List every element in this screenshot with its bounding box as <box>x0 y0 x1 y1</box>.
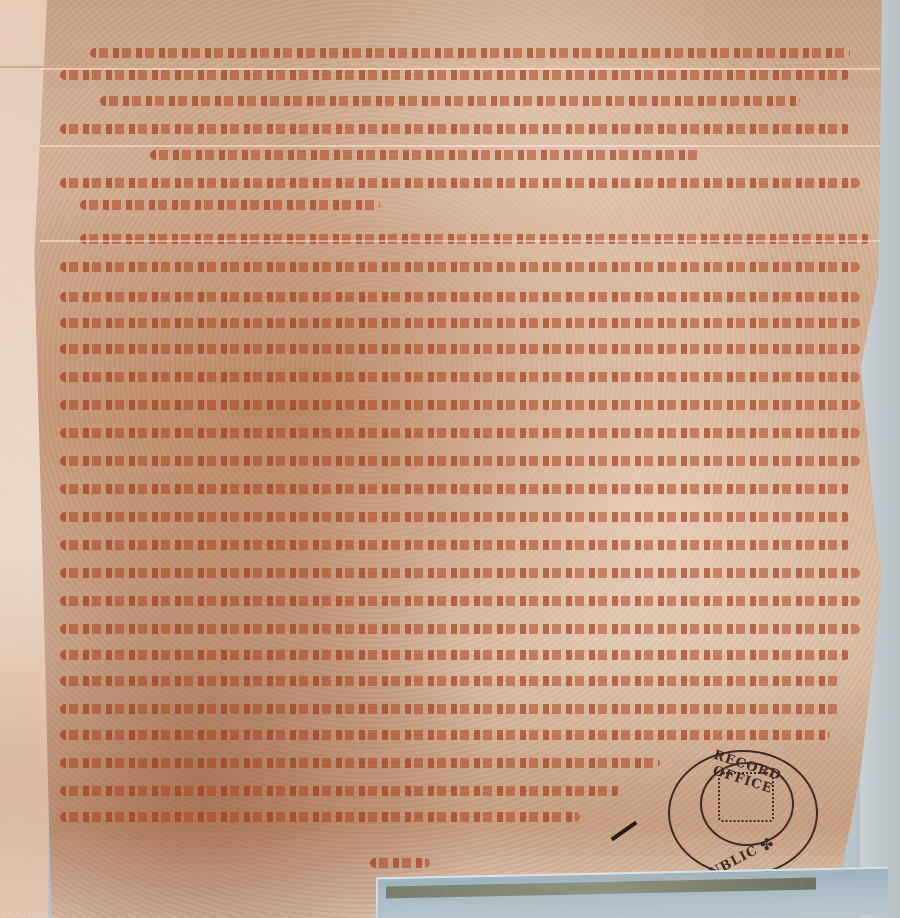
text-line <box>60 318 860 328</box>
text-line <box>60 812 580 822</box>
text-line <box>60 758 660 768</box>
text-line <box>60 704 840 714</box>
stamp-text-top: RECORD OFFICE <box>688 742 802 805</box>
text-line <box>370 858 430 868</box>
text-line <box>60 650 850 660</box>
text-line <box>60 730 830 740</box>
text-line <box>60 484 850 494</box>
text-line <box>60 512 850 522</box>
text-line <box>60 456 860 466</box>
text-line <box>60 124 850 134</box>
text-line <box>60 400 860 410</box>
stamp-text: RECORD OFFICE PUBLIC <box>672 752 812 872</box>
text-line <box>150 150 700 160</box>
fleur-icon: ✤ <box>760 835 773 854</box>
text-line <box>100 96 800 106</box>
text-line <box>60 596 860 606</box>
text-line <box>60 344 860 354</box>
fold-crease <box>40 240 880 242</box>
text-line <box>80 200 380 210</box>
text-line <box>60 568 860 578</box>
fold-crease <box>40 145 880 147</box>
text-line <box>60 786 620 796</box>
text-line <box>90 48 850 58</box>
text-line <box>60 540 850 550</box>
text-line <box>60 292 860 302</box>
text-line <box>60 178 860 188</box>
text-line <box>60 428 860 438</box>
text-line <box>80 234 870 244</box>
text-line <box>60 262 860 272</box>
text-line <box>60 70 850 80</box>
text-line <box>60 372 860 382</box>
text-line <box>60 624 860 634</box>
fold-crease <box>40 68 880 70</box>
text-line <box>60 676 840 686</box>
